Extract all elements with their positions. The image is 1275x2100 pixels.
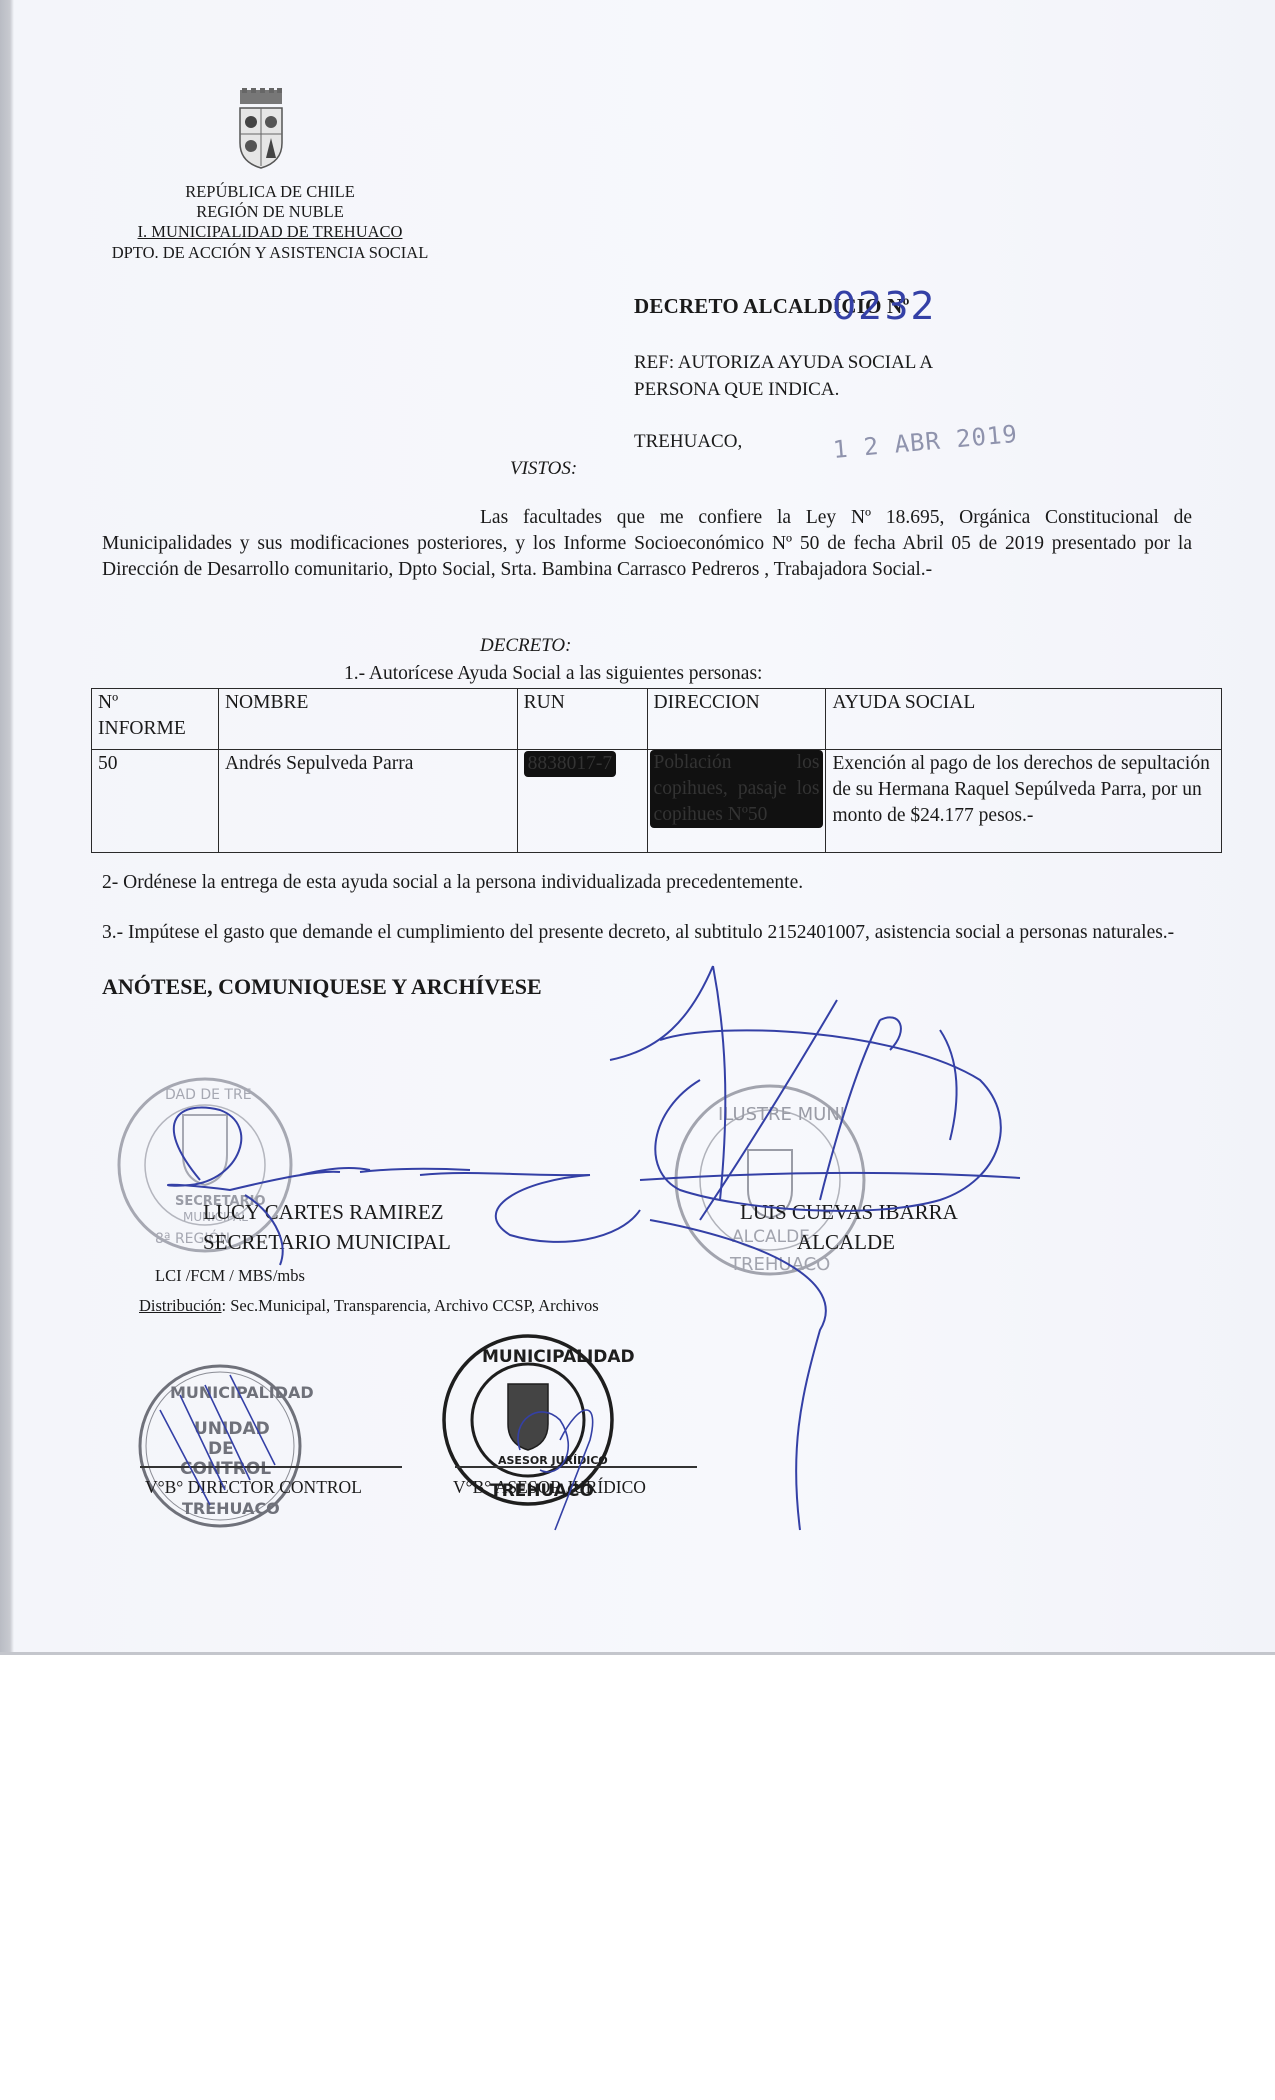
secretary-signature	[0, 0, 1275, 1652]
scanned-page: REPÚBLICA DE CHILE REGIÓN DE NUBLE I. MU…	[0, 0, 1275, 1655]
